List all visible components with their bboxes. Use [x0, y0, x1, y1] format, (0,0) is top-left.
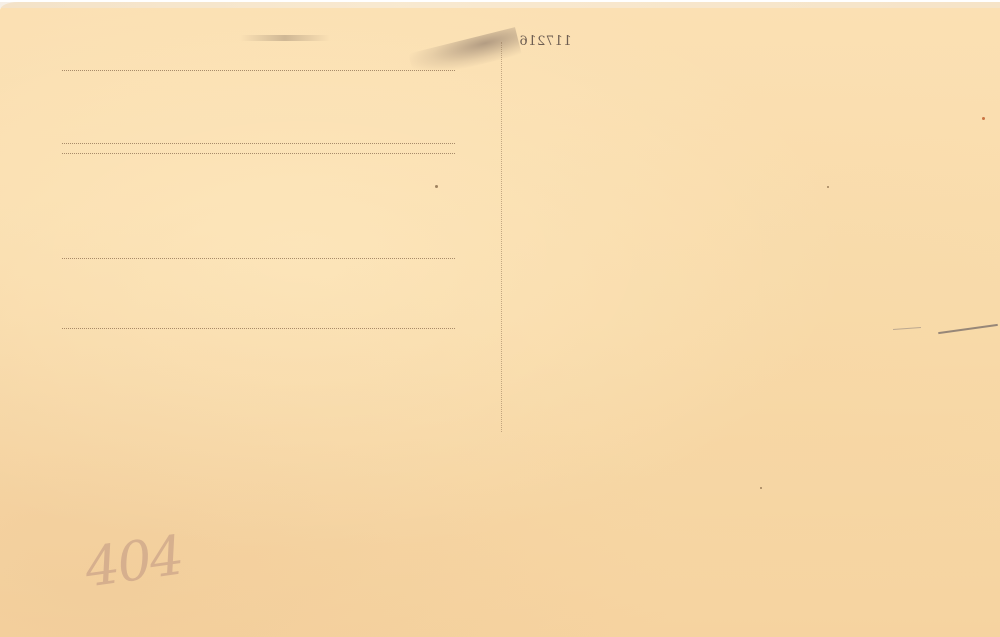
center-divider — [501, 42, 502, 432]
paper-speck — [435, 185, 438, 188]
address-line-5 — [62, 328, 455, 329]
pencil-mark — [938, 324, 998, 334]
handwritten-note: 404 — [81, 524, 186, 600]
pencil-mark — [893, 327, 921, 330]
paper-speck — [827, 186, 829, 188]
ink-smudge — [408, 27, 522, 81]
address-line-4 — [62, 258, 455, 259]
ink-smudge — [240, 35, 330, 41]
postcard-back: 117216 404 — [0, 2, 1000, 637]
serial-number: 117216 — [519, 34, 572, 49]
paper-speck — [982, 117, 985, 120]
torn-top-edge — [0, 2, 1000, 8]
paper-speck — [760, 487, 762, 489]
address-line-1 — [62, 70, 455, 71]
address-line-2 — [62, 143, 455, 144]
address-line-3 — [62, 153, 455, 154]
